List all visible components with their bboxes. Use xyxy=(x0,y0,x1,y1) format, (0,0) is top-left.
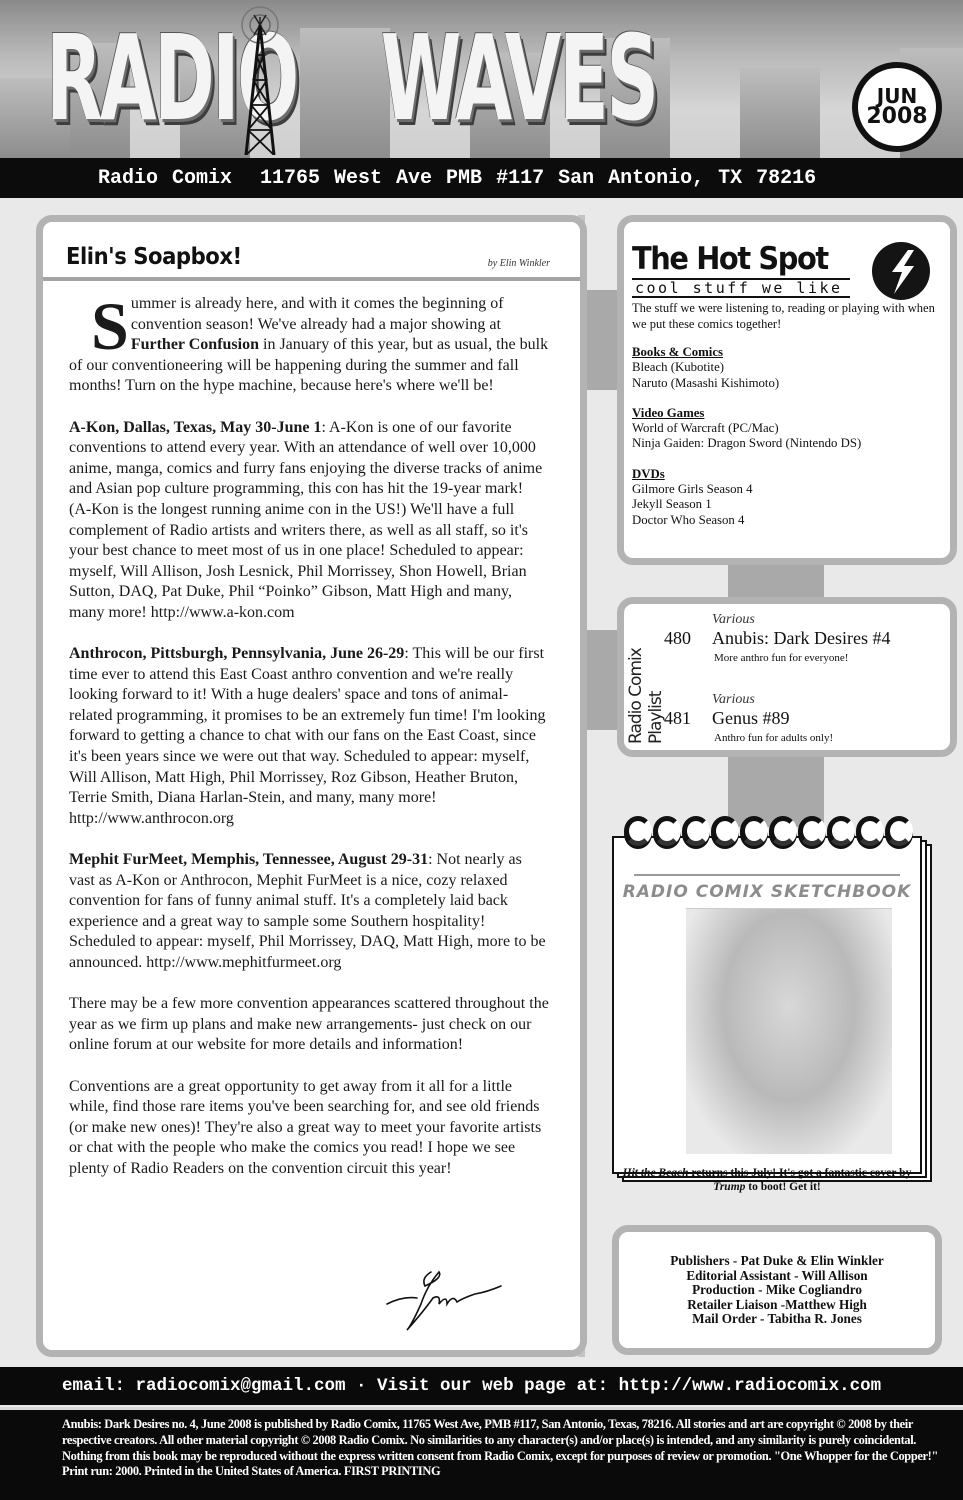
list-item: Bleach (Kubotite) xyxy=(632,360,952,375)
list-item: Doctor Who Season 4 xyxy=(632,513,952,528)
intro-paragraph: Summer is already here, and with it come… xyxy=(69,294,549,397)
list-item: Jekyll Season 1 xyxy=(632,497,952,512)
credits-list: Publishers - Pat Duke & Elin Winkler Edi… xyxy=(619,1254,935,1327)
hotspot-panel: The Hot Spot cool stuff we like The stuf… xyxy=(617,215,957,565)
sketchbook-caption: Hit the Beach returns this July! It's go… xyxy=(614,1166,920,1194)
category-heading: DVDs xyxy=(632,467,952,482)
list-item: World of Warcraft (PC/Mac) xyxy=(632,421,952,436)
credits-panel: Publishers - Pat Duke & Elin Winkler Edi… xyxy=(612,1225,942,1355)
playlist-entry: Various 480 Anubis: Dark Desires #4 More… xyxy=(664,612,944,664)
address-bar: Radio Comix 11765 West Ave PMB #117 San … xyxy=(0,158,963,198)
masthead: RADIO WAVES JUN 2008 xyxy=(0,0,963,158)
hotspot-categories: Books & Comics Bleach (Kubotite) Naruto … xyxy=(632,345,952,543)
skyline-building xyxy=(740,68,820,158)
soapbox-body: Summer is already here, and with it come… xyxy=(69,294,549,1200)
credit-line: Editorial Assistant - Will Allison xyxy=(619,1269,935,1284)
convention-akon: A-Kon, Dallas, Texas, May 30-June 1: A-K… xyxy=(69,418,549,624)
playlist-desc: Anthro fun for adults only! xyxy=(714,732,944,744)
category-books-comics: Books & Comics Bleach (Kubotite) Naruto … xyxy=(632,345,952,391)
bg-strip xyxy=(728,565,824,599)
category-video-games: Video Games World of Warcraft (PC/Mac) N… xyxy=(632,406,952,452)
convention-heading: Anthrocon, Pittsburgh, Pennsylvania, Jun… xyxy=(69,645,404,662)
drop-cap: S xyxy=(91,300,129,352)
category-dvds: DVDs Gilmore Girls Season 4 Jekyll Seaso… xyxy=(632,467,952,528)
playlist-artist: Various xyxy=(712,612,944,628)
playlist-artist: Various xyxy=(712,692,944,708)
closing-paragraph-1: There may be a few more convention appea… xyxy=(69,994,549,1056)
issue-year: 2008 xyxy=(866,106,927,128)
radio-tower-icon xyxy=(230,5,290,155)
credit-line: Retailer Liaison -Matthew High xyxy=(619,1298,935,1313)
logo-waves: WAVES xyxy=(381,8,657,148)
sketchbook-rule xyxy=(634,874,900,876)
sketchbook-page: RADIO COMIX SKETCHBOOK Hit the Beach ret… xyxy=(612,836,922,1174)
playlist-title: Genus #89 xyxy=(712,708,790,728)
playlist-desc: More anthro fun for everyone! xyxy=(714,652,944,664)
convention-anthrocon: Anthrocon, Pittsburgh, Pennsylvania, Jun… xyxy=(69,644,549,829)
playlist-title: Anubis: Dark Desires #4 xyxy=(712,628,890,648)
legal-notice: Anubis: Dark Desires no. 4, June 2008 is… xyxy=(0,1407,963,1500)
hotspot-subtitle: cool stuff we like xyxy=(632,278,850,298)
convention-heading: Mephit FurMeet, Memphis, Tennessee, Augu… xyxy=(69,851,428,868)
soapbox-panel: Elin's Soapbox! by Elin Winkler Summer i… xyxy=(36,215,587,1357)
playlist-entry: Various 481 Genus #89 Anthro fun for adu… xyxy=(664,692,944,744)
credit-line: Mail Order - Tabitha R. Jones xyxy=(619,1312,935,1327)
category-heading: Video Games xyxy=(632,406,952,421)
credit-line: Production - Mike Cogliandro xyxy=(619,1283,935,1298)
hotspot-title: The Hot Spot xyxy=(632,242,828,276)
sketchbook-illustration xyxy=(686,908,892,1154)
issue-date-badge: JUN 2008 xyxy=(852,62,942,152)
bg-strip xyxy=(583,630,619,730)
spiral-binding-icon xyxy=(624,816,914,852)
sketchbook: RADIO COMIX SKETCHBOOK Hit the Beach ret… xyxy=(612,822,932,1167)
list-item: Naruto (Masashi Kishimoto) xyxy=(632,376,952,391)
contact-bar: email: radiocomix@gmail.com · Visit our … xyxy=(0,1367,963,1405)
signature-icon xyxy=(383,1264,513,1334)
hotspot-intro: The stuff we were listening to, reading … xyxy=(632,300,952,332)
contact-info: email: radiocomix@gmail.com · Visit our … xyxy=(62,1376,881,1396)
credit-line: Publishers - Pat Duke & Elin Winkler xyxy=(619,1254,935,1269)
convention-heading: A-Kon, Dallas, Texas, May 30-June 1 xyxy=(69,419,321,436)
highlight-further-confusion: Further Confusion xyxy=(131,336,259,353)
category-heading: Books & Comics xyxy=(632,345,952,360)
playlist-label: Radio Comix Playlist xyxy=(626,604,666,744)
soapbox-title: Elin's Soapbox! xyxy=(66,244,242,270)
playlist-number: 481 xyxy=(664,708,704,728)
lightning-bolt-icon xyxy=(872,242,930,300)
soapbox-byline: by Elin Winkler xyxy=(488,258,550,269)
issue-month: JUN xyxy=(877,86,917,106)
list-item: Ninja Gaiden: Dragon Sword (Nintendo DS) xyxy=(632,436,952,451)
list-item: Gilmore Girls Season 4 xyxy=(632,482,952,497)
playlist-number: 480 xyxy=(664,628,704,648)
sketchbook-title: RADIO COMIX SKETCHBOOK xyxy=(614,882,920,902)
playlist-panel: Radio Comix Playlist Various 480 Anubis:… xyxy=(617,597,957,757)
convention-mephit: Mephit FurMeet, Memphis, Tennessee, Augu… xyxy=(69,850,549,974)
publisher-address: Radio Comix 11765 West Ave PMB #117 San … xyxy=(98,167,816,190)
skyline-building xyxy=(300,28,390,158)
soapbox-divider xyxy=(43,277,580,281)
closing-paragraph-2: Conventions are a great opportunity to g… xyxy=(69,1077,549,1180)
